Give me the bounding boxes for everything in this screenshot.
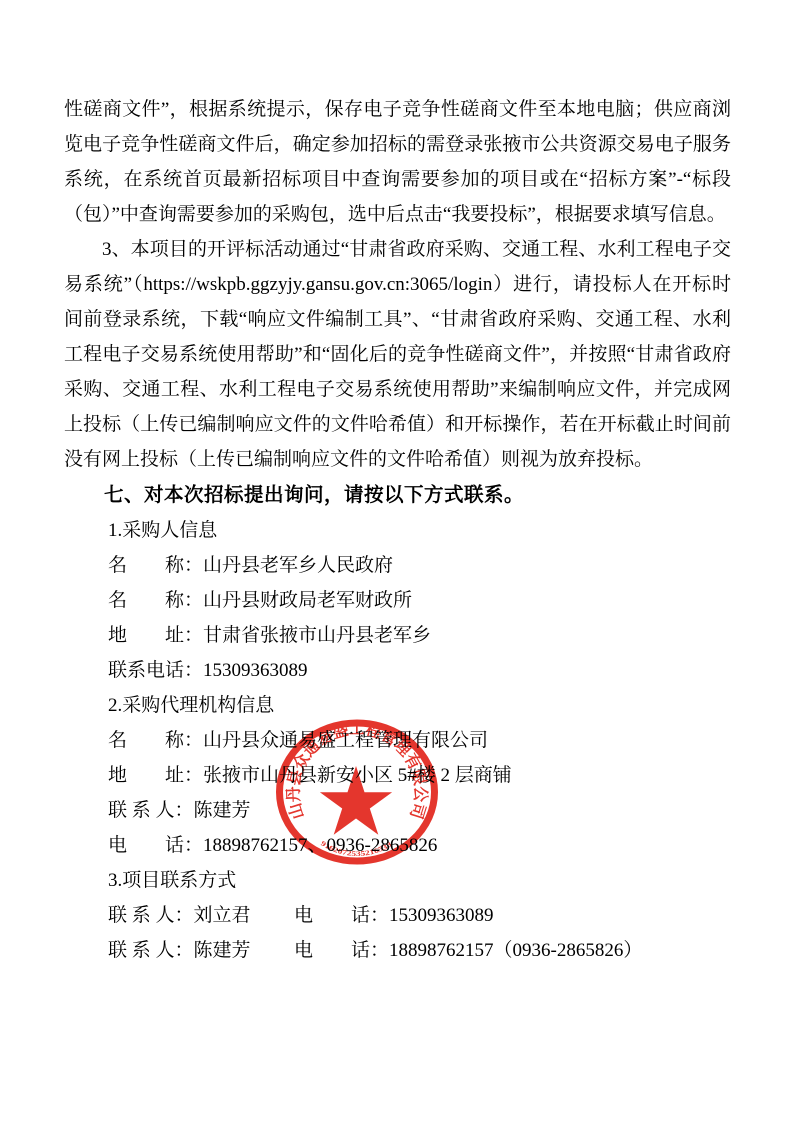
field-value: 山丹县老军乡人民政府: [203, 548, 393, 583]
field-label: 联 系 人: [108, 933, 175, 968]
agency-name-row: 名 称：山丹县众通易盛工程管理有限公司: [64, 723, 731, 758]
field-label: 地 址: [108, 758, 184, 793]
subsection-buyer-info: 1.采购人信息: [64, 513, 731, 548]
label-colon: ：: [184, 583, 203, 618]
label-colon: ：: [184, 618, 203, 653]
paragraph-continuation: 性磋商文件”，根据系统提示，保存电子竞争性磋商文件至本地电脑；供应商浏览电子竞争…: [64, 92, 731, 232]
label-colon: ：: [184, 548, 203, 583]
project-contact-row-1: 联 系 人：刘立君电 话：15309363089: [64, 898, 731, 933]
subsection-title: 1.采购人信息: [108, 520, 217, 541]
agency-phone-row: 电 话：18898762157、0936-2865826: [64, 828, 731, 863]
label-colon: ：: [184, 828, 203, 863]
field-value: 15309363089: [389, 898, 494, 933]
agency-address-row: 地 址：张掖市山丹县新安小区 5#楼 2 层商铺: [64, 758, 731, 793]
label-colon: ：: [370, 898, 389, 933]
label-colon: ：: [175, 793, 194, 828]
document-page: 性磋商文件”，根据系统提示，保存电子竞争性磋商文件至本地电脑；供应商浏览电子竞争…: [0, 0, 793, 1122]
field-label: 地 址: [108, 618, 184, 653]
paragraph-item-3: 3、本项目的开评标活动通过“甘肃省政府采购、交通工程、水利工程电子交易系统”（h…: [64, 232, 731, 477]
field-label: 名 称: [108, 583, 184, 618]
field-value: 15309363089: [203, 653, 308, 688]
label-colon: ：: [184, 723, 203, 758]
subsection-title: 3.项目联系方式: [108, 870, 236, 891]
contact-name-cell: 联 系 人：陈建芳: [108, 933, 294, 968]
buyer-phone-row: 联系电话：15309363089: [64, 653, 731, 688]
field-value: 甘肃省张掖市山丹县老军乡: [203, 618, 431, 653]
field-label: 联 系 人: [108, 793, 175, 828]
label-colon: ：: [370, 933, 389, 968]
field-label: 电 话: [108, 828, 184, 863]
field-label: 联 系 人: [108, 898, 175, 933]
agency-contact-row: 联 系 人：陈建芳: [64, 793, 731, 828]
document-body: 性磋商文件”，根据系统提示，保存电子竞争性磋商文件至本地电脑；供应商浏览电子竞争…: [64, 92, 731, 968]
field-value: 山丹县众通易盛工程管理有限公司: [203, 723, 488, 758]
field-value: 山丹县财政局老军财政所: [203, 583, 412, 618]
field-value: 18898762157、0936-2865826: [203, 828, 437, 863]
field-label: 电 话: [294, 933, 370, 968]
subsection-title: 2.采购代理机构信息: [108, 695, 274, 716]
label-colon: ：: [184, 758, 203, 793]
field-label: 电 话: [294, 898, 370, 933]
subsection-agency-info: 2.采购代理机构信息: [64, 688, 731, 723]
project-contact-row-2: 联 系 人：陈建芳电 话：18898762157（0936-2865826）: [64, 933, 731, 968]
field-label: 名 称: [108, 723, 184, 758]
field-value: 张掖市山丹县新安小区 5#楼 2 层商铺: [203, 758, 512, 793]
contact-name-cell: 联 系 人：刘立君: [108, 898, 294, 933]
buyer-name-row-1: 名 称：山丹县老军乡人民政府: [64, 548, 731, 583]
label-colon: ：: [175, 933, 194, 968]
label-colon: ：: [184, 653, 203, 688]
buyer-address-row: 地 址：甘肃省张掖市山丹县老军乡: [64, 618, 731, 653]
section-7-heading: 七、对本次招标提出询问，请按以下方式联系。: [64, 477, 731, 513]
field-value: 陈建芳: [194, 793, 251, 828]
field-value: 刘立君: [194, 898, 251, 933]
field-value: 18898762157（0936-2865826）: [389, 933, 642, 968]
buyer-name-row-2: 名 称：山丹县财政局老军财政所: [64, 583, 731, 618]
subsection-project-contacts: 3.项目联系方式: [64, 863, 731, 898]
label-colon: ：: [175, 898, 194, 933]
field-label: 联系电话: [108, 653, 184, 688]
field-value: 陈建芳: [194, 933, 251, 968]
field-label: 名 称: [108, 548, 184, 583]
